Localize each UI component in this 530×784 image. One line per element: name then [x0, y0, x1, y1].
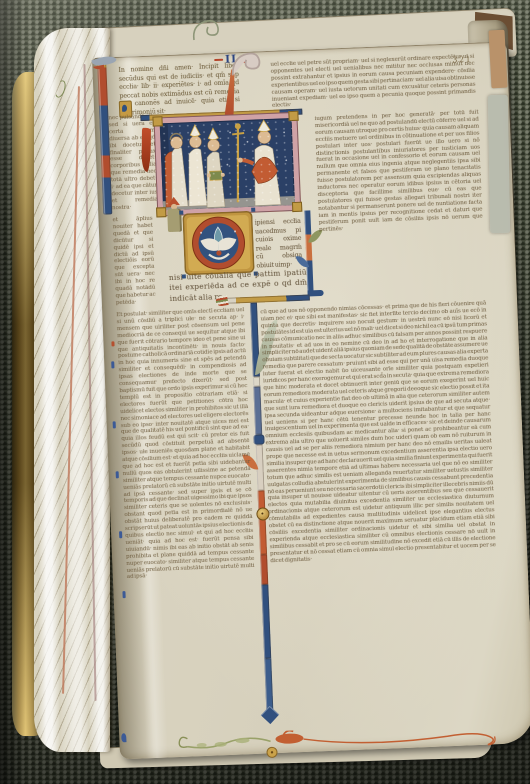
right-column-top: uel eccłie uel petre sūt propriam· uel s… — [270, 54, 476, 116]
fore-edge-squiggle — [83, 64, 96, 701]
corner-cube — [251, 208, 255, 212]
left-column-beside-initial: et āplius nouiter habet quedā et que dic… — [112, 216, 155, 306]
rubric-dash — [214, 58, 223, 61]
historiated-initial — [182, 211, 254, 276]
margin-paraph-mark — [111, 361, 114, 368]
right-column-middle: iugum pretendens in per hoc generatā· pe… — [315, 110, 486, 304]
manuscript-page: 321 II In nomine dñi amen· Incipit liber… — [92, 41, 530, 759]
left-column-body: Et postulat· similiter que omīs electī e… — [116, 307, 261, 736]
margin-paraph-mark — [116, 471, 119, 478]
repair-tape-top — [488, 30, 507, 89]
left-column-beside-miniature: nec pulsandū sit· sed si uera et certa t… — [108, 114, 158, 212]
repair-tape-side — [488, 95, 510, 233]
margin-paraph-mark — [113, 421, 116, 428]
catchword-flourish-icon — [190, 14, 226, 44]
frame-corner — [292, 202, 302, 212]
photograph: 321 II In nomine dñi amen· Incipit liber… — [0, 0, 530, 784]
frame-corner — [152, 116, 162, 126]
margin-paraph-mark — [111, 341, 114, 346]
cornucopia-curl-icon — [230, 50, 263, 78]
left-column-opening: In nomine dñi amen· Incipit liber secūdu… — [118, 62, 240, 115]
margin-paraph-mark — [119, 531, 122, 538]
corner-cube — [179, 210, 183, 214]
striped-wing-icon — [215, 295, 229, 307]
margin-paraph-mark — [122, 591, 125, 598]
margin-paraph-mark — [121, 733, 126, 742]
right-column-body: cū que ad uos nō opponendo nimias cōcess… — [260, 300, 503, 733]
fore-edge-squiggle — [62, 86, 80, 694]
initial-artwork — [182, 211, 254, 276]
chapter-opening: ipiensi eccłia uacedmus pi cuiois oxime … — [255, 218, 303, 272]
